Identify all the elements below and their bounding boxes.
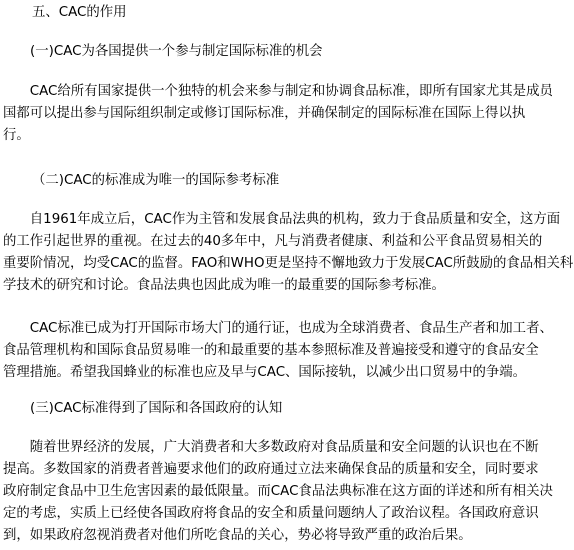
paragraph-line: 行。 bbox=[3, 125, 553, 147]
section-heading-3: (三)CAC标准得到了国际和各国政府的认知 bbox=[30, 398, 282, 420]
paragraph-1: CAC给所有国家提供一个独特的机会来参与制定和协调食品标准，即所有国家尤其是成员… bbox=[3, 81, 553, 147]
paragraph-line: CAC给所有国家提供一个独特的机会来参与制定和协调食品标准，即所有国家尤其是成员 bbox=[3, 81, 553, 103]
paragraph-line: 管理措施。希望我国蜂业的标准也应及早与CAC、国际接轨，以减少出口贸易中的争端。 bbox=[3, 362, 553, 384]
paragraph-line: 提高。多数国家的消费者普遍要求他们的政府通过立法来确保食品的质量和安全，同时要求 bbox=[3, 459, 553, 481]
paragraph-line: 的工作引起世界的重视。在过去的40多年中，凡与消费者健康、利益和公平食品贸易相关… bbox=[3, 231, 573, 253]
paragraph-line: 随着世界经济的发展，广大消费者和大多数政府对食品质量和安全问题的认识也在不断 bbox=[3, 437, 553, 459]
paragraph-line: 定的考虑，实质上已经使各国政府将食品的安全和质量问题纳人了政治议程。各国政府意识 bbox=[3, 503, 553, 525]
paragraph-line: 到，如果政府忽视消费者对他们所吃食品的关心，势必将导致严重的政治后果。 bbox=[3, 525, 553, 547]
paragraph-line: 学技术的研究和讨论。食品法典也因此成为唯一的最重要的国际参考标准。 bbox=[3, 275, 573, 297]
paragraph-line: 重要阶情况，均受CAC的监督。FAO和WHO更是坚持不懈地致力于发展CAC所鼓励… bbox=[3, 253, 573, 275]
section-heading-2: （二)CAC的标准成为唯一的国际参考标准 bbox=[32, 170, 279, 192]
paragraph-line: 国都可以提出参与国际组织制定或修订国际标准，并确保制定的国际标准在国际上得以执 bbox=[3, 103, 553, 125]
paragraph-line: 政府制定食品中卫生危害因素的最低限量。而CAC食品法典标准在这方面的详述和所有相… bbox=[3, 481, 553, 503]
paragraph-3: CAC标准已成为打开国际市场大门的通行证，也成为全球消费者、食品生产者和加工者、… bbox=[3, 318, 553, 384]
section-title: 五、CAC的作用 bbox=[32, 2, 127, 24]
paragraph-line: 自1961年成立后，CAC作为主管和发展食品法典的机构，致力于食品质量和安全，这… bbox=[3, 209, 573, 231]
paragraph-line: CAC标准已成为打开国际市场大门的通行证，也成为全球消费者、食品生产者和加工者、 bbox=[3, 318, 553, 340]
section-heading-1: (一)CAC为各国提供一个参与制定国际标准的机会 bbox=[30, 41, 323, 63]
paragraph-4: 随着世界经济的发展，广大消费者和大多数政府对食品质量和安全问题的认识也在不断 提… bbox=[3, 437, 553, 547]
paragraph-line: 食品管理机构和国际食品贸易唯一的和最重要的基本参照标准及普遍接受和遵守的食品安全 bbox=[3, 340, 553, 362]
paragraph-2: 自1961年成立后，CAC作为主管和发展食品法典的机构，致力于食品质量和安全，这… bbox=[3, 209, 573, 297]
